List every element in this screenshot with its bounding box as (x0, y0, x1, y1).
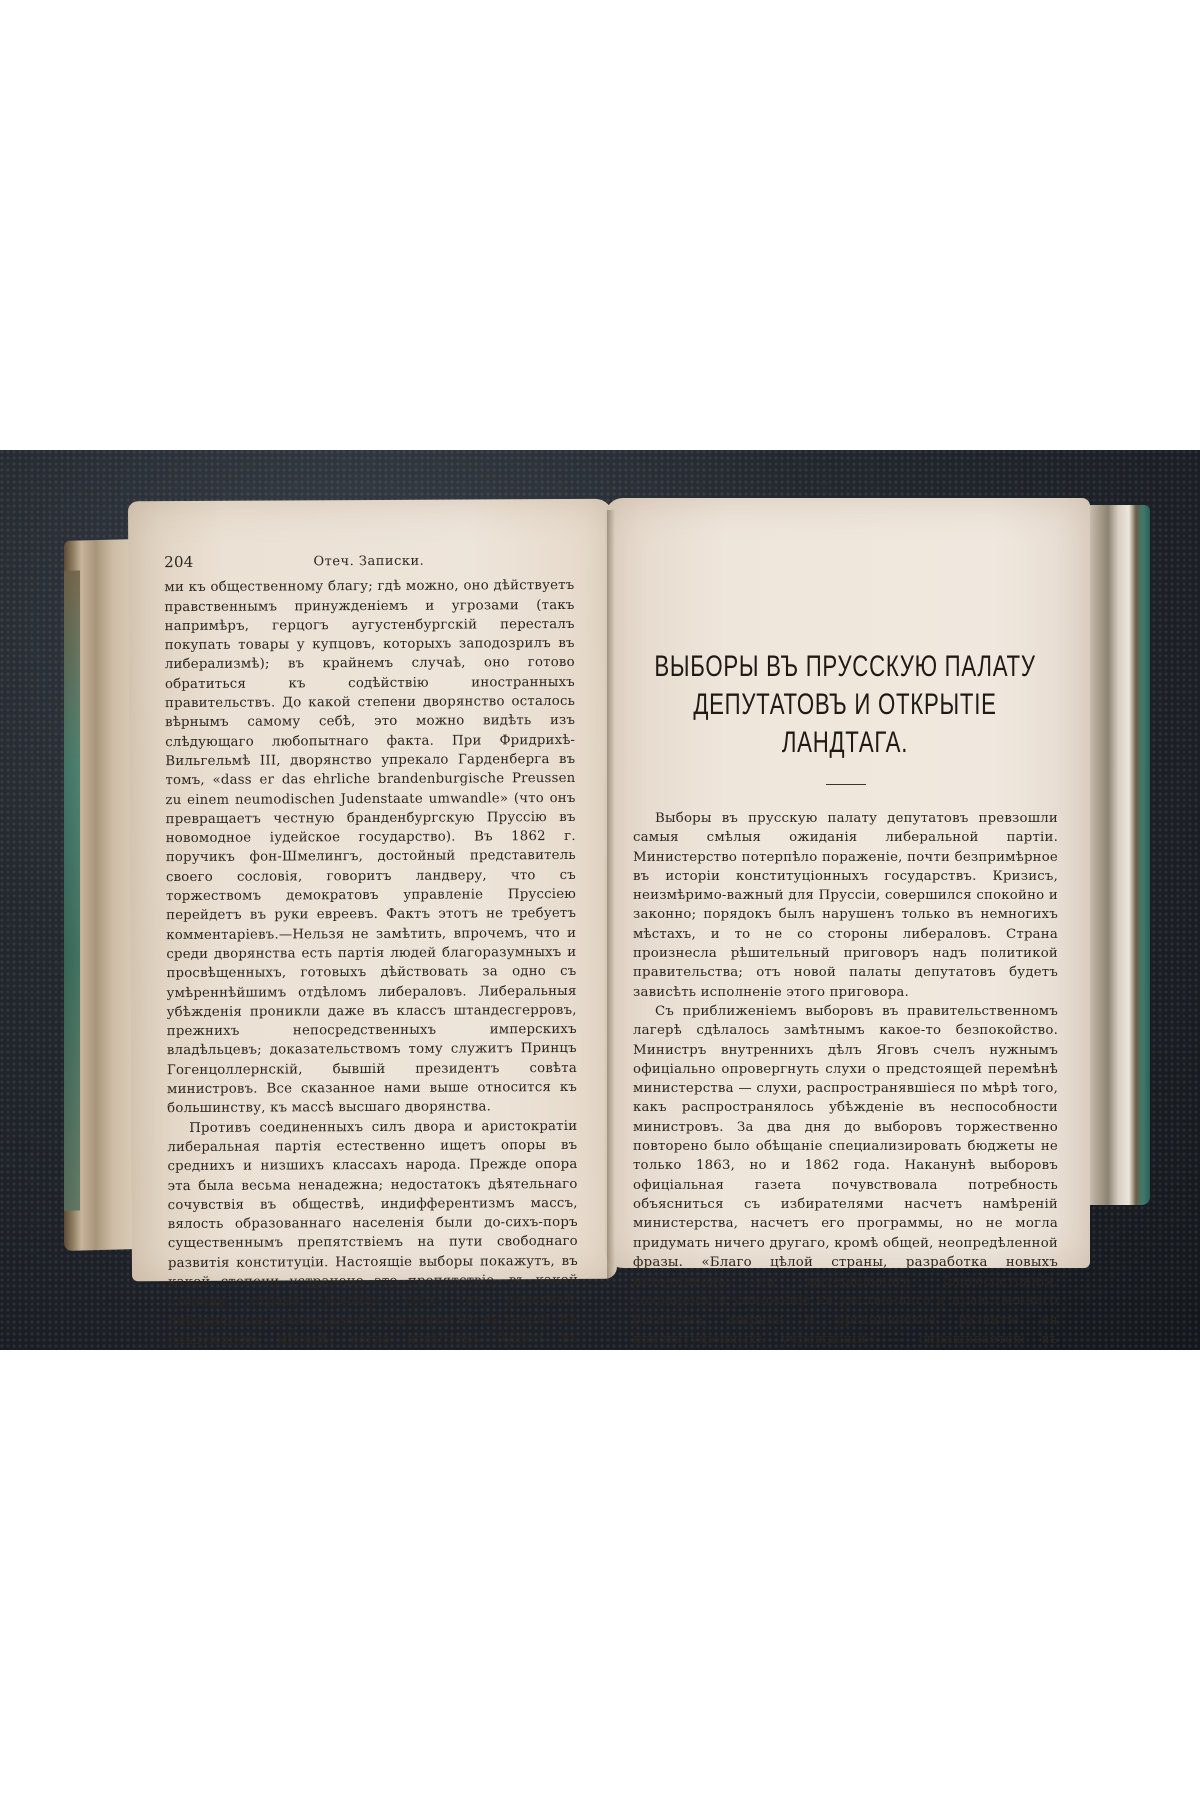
left-page-edges (64, 539, 134, 1251)
running-title: Отеч. Записки. (193, 551, 544, 572)
left-page-content: 204 Отеч. Записки. ми къ общественному б… (164, 551, 579, 1350)
right-page-content: ВЫБОРЫ ВЪ ПРУССКУЮ ПАЛАТУ ДЕПУТАТОВЪ И О… (633, 648, 1058, 1350)
article-headline: ВЫБОРЫ ВЪ ПРУССКУЮ ПАЛАТУ ДЕПУТАТОВЪ И О… (638, 648, 1052, 762)
running-head: 204 Отеч. Записки. (164, 551, 574, 572)
page-number: 204 (164, 553, 193, 572)
book-gutter (607, 510, 615, 1280)
right-page: ВЫБОРЫ ВЪ ПРУССКУЮ ПАЛАТУ ДЕПУТАТОВЪ И О… (605, 498, 1090, 1268)
paragraph: Противъ соединенныхъ силъ двора и аристо… (167, 1117, 578, 1350)
paragraph: Выборы въ прусскую палату депутатовъ пре… (633, 809, 1058, 1002)
left-page: 204 Отеч. Записки. ми къ общественному б… (128, 499, 617, 1282)
paragraph: ми къ общественному благу; гдѣ можно, он… (164, 576, 577, 1118)
paragraph: Съ приближеніемъ выборовъ въ правительст… (633, 1002, 1058, 1350)
right-page-edges (1080, 505, 1150, 1205)
headline-divider (826, 784, 866, 785)
marbled-cover-left (64, 570, 80, 1210)
book-photo: 204 Отеч. Записки. ми къ общественному б… (0, 450, 1200, 1350)
